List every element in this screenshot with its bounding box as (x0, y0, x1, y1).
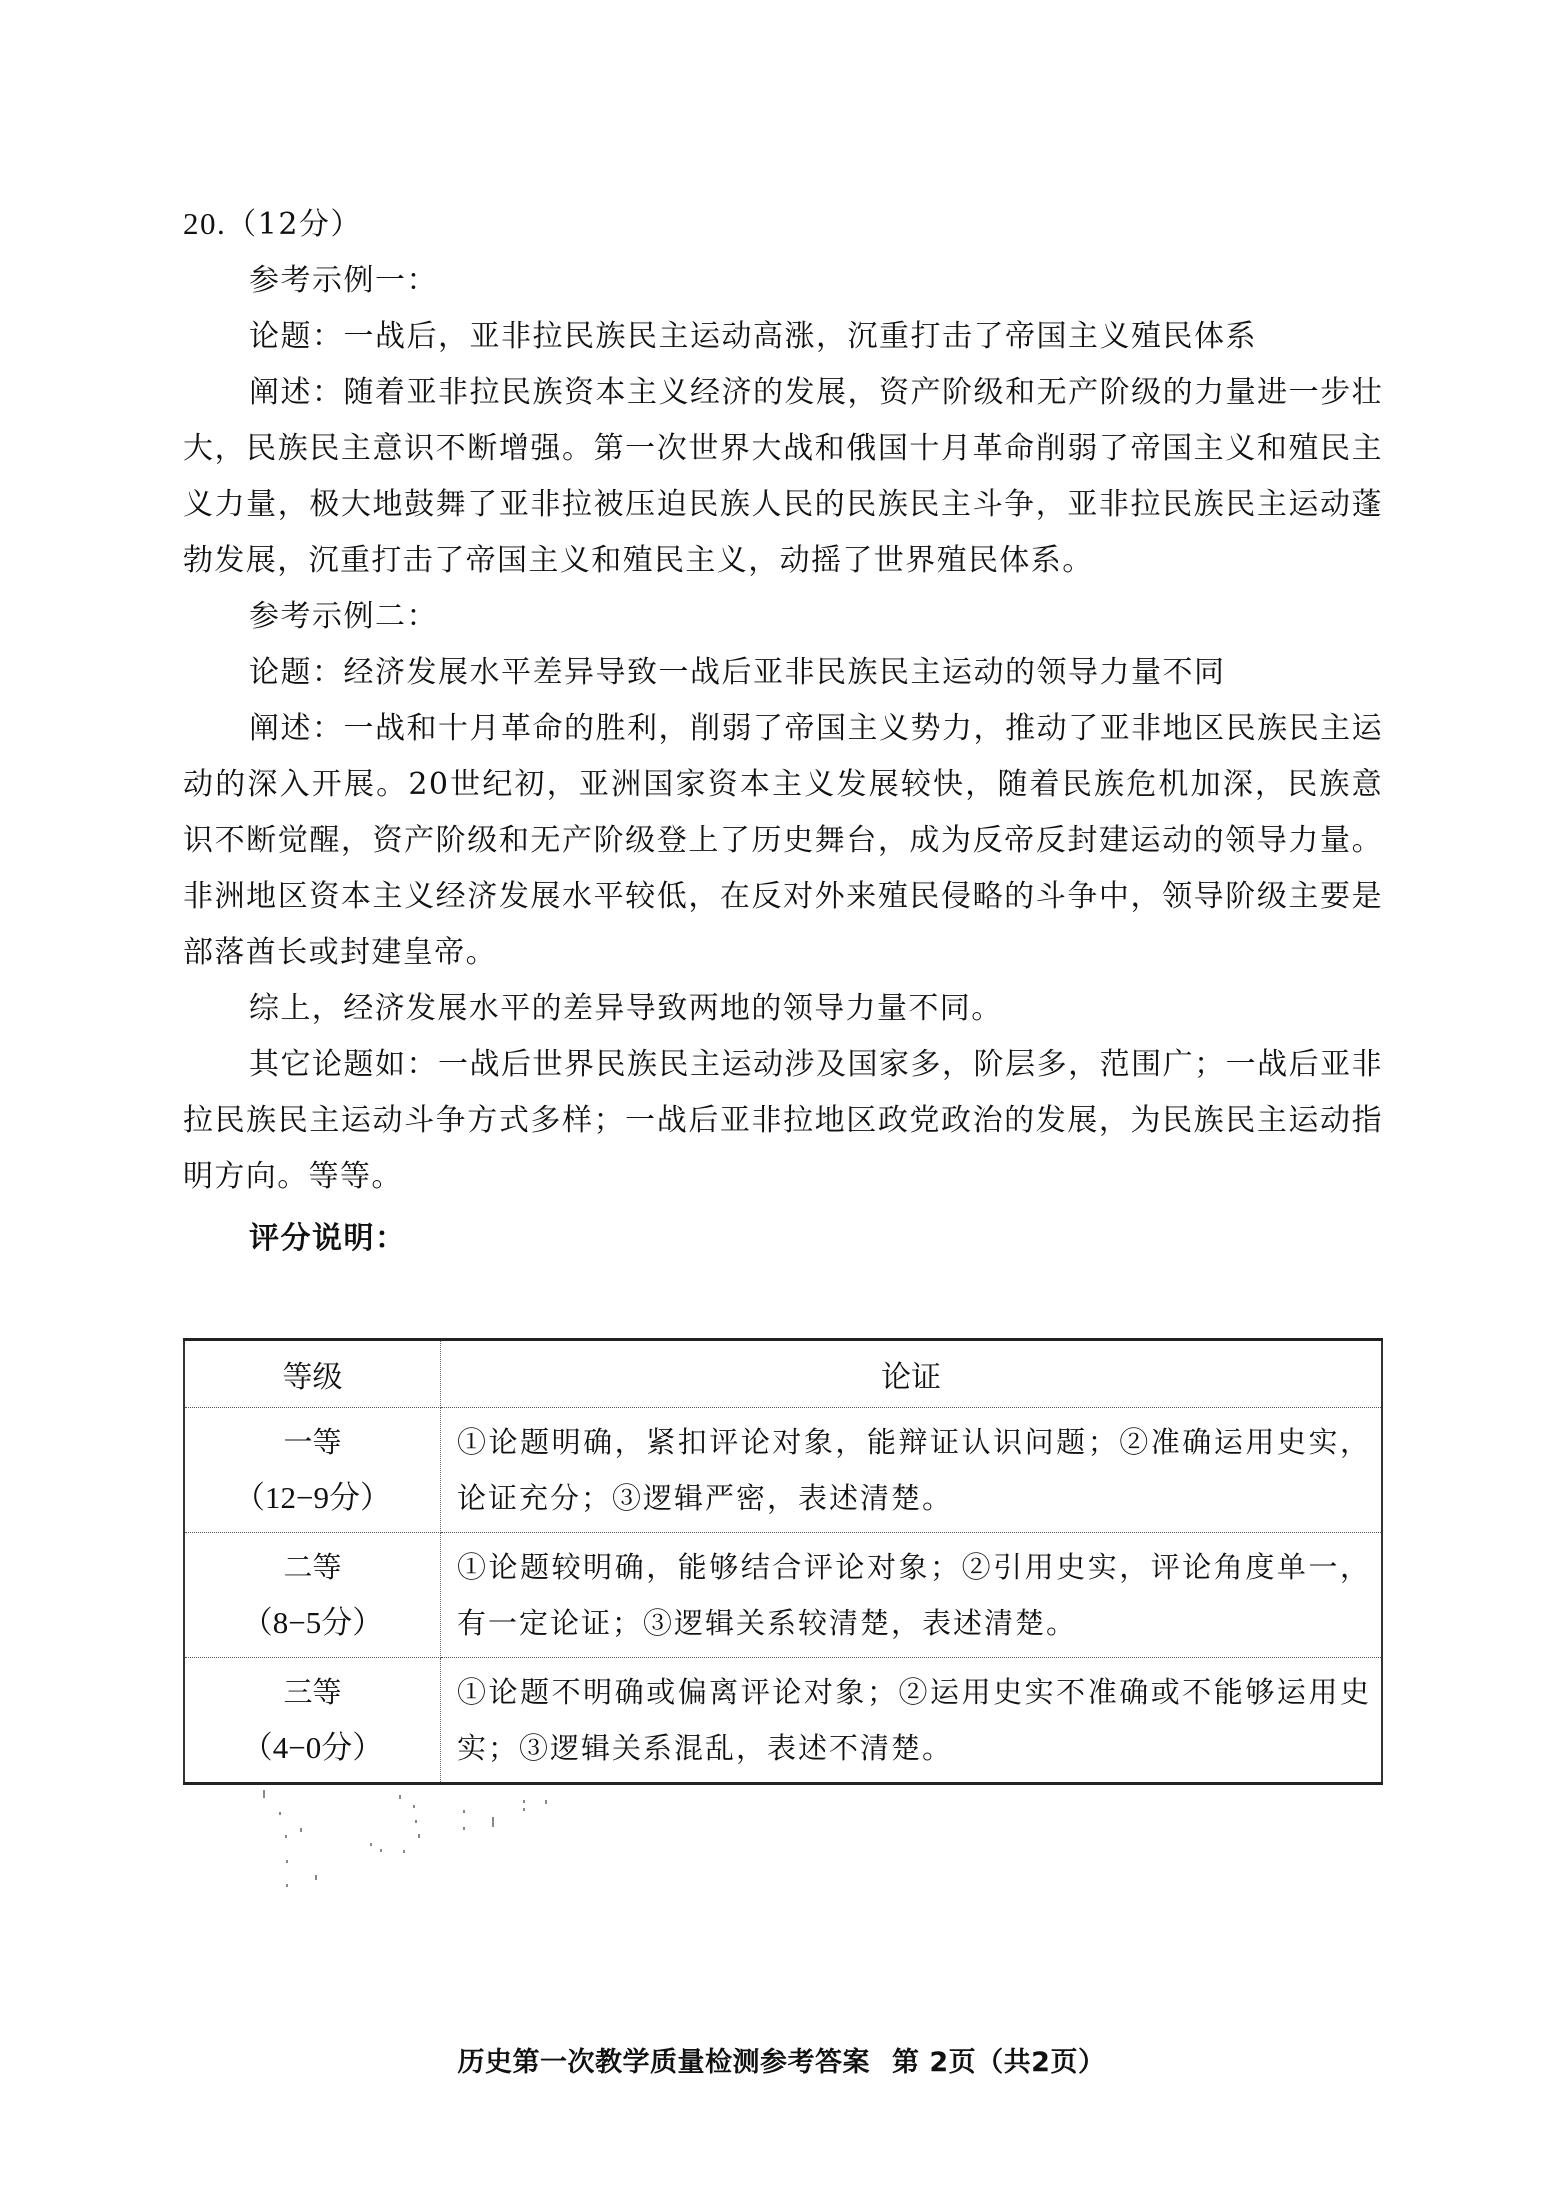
question-points: （12分） (226, 207, 362, 242)
table-row: 二等 （8−5分） ①论题较明确，能够结合评论对象；②引用史实，评论角度单一，有… (184, 1533, 1382, 1658)
table-row: 三等 （4−0分） ①论题不明确或偏离评论对象；②运用史实不准确或不能够运用史实… (184, 1658, 1382, 1784)
answer-key-page: 20.（12分） 参考示例一： 论题：一战后，亚非拉民族民主运动高涨，沉重打击了… (0, 0, 1563, 2211)
criteria-cell: ①论题明确，紧扣评论对象，能辩证认识问题；②准确运用史实，论证充分；③逻辑严密，… (441, 1408, 1383, 1533)
other-theses: 其它论题如：一战后世界民族民主运动涉及国家多，阶层多，范围广；一战后亚非拉民族民… (183, 1037, 1383, 1205)
grading-table-header: 等级 论证 (184, 1340, 1382, 1408)
table-row: 一等 （12−9分） ①论题明确，紧扣评论对象，能辩证认识问题；②准确运用史实，… (184, 1408, 1382, 1533)
example-one-elaboration: 阐述：随着亚非拉民族资本主义经济的发展，资产阶级和无产阶级的力量进一步壮大，民族… (183, 365, 1383, 589)
page-footer: 历史第一次教学质量检测参考答案第 2页（共2页） (0, 2040, 1563, 2079)
example-two-heading: 参考示例二： (183, 589, 1383, 645)
criteria-cell: ①论题较明确，能够结合评论对象；②引用史实，评论角度单一，有一定论证；③逻辑关系… (441, 1533, 1383, 1658)
level-range: （12−9分） (186, 1470, 439, 1526)
level-name: 二等 (186, 1539, 439, 1595)
header-criteria: 论证 (441, 1340, 1383, 1408)
header-level: 等级 (184, 1340, 441, 1408)
level-name: 一等 (186, 1414, 439, 1470)
level-cell: 三等 （4−0分） (184, 1658, 441, 1784)
level-cell: 二等 （8−5分） (184, 1533, 441, 1658)
example-one-heading: 参考示例一： (183, 253, 1383, 309)
level-range: （4−0分） (186, 1720, 439, 1776)
example-two-elaboration: 阐述：一战和十月革命的胜利，削弱了帝国主义势力，推动了亚非地区民族民主运动的深入… (183, 701, 1383, 981)
level-range: （8−5分） (186, 1595, 439, 1651)
grading-table: 等级 论证 一等 （12−9分） ①论题明确，紧扣评论对象，能辩证认识问题；②准… (183, 1338, 1383, 1785)
example-one-thesis: 论题：一战后，亚非拉民族民主运动高涨，沉重打击了帝国主义殖民体系 (183, 309, 1383, 365)
question-number: 20. (183, 206, 226, 241)
criteria-cell: ①论题不明确或偏离评论对象；②运用史实不准确或不能够运用史实；③逻辑关系混乱，表… (441, 1658, 1383, 1784)
level-cell: 一等 （12−9分） (184, 1408, 441, 1533)
question-header: 20.（12分） (183, 196, 1383, 253)
grading-title: 评分说明： (183, 1211, 1383, 1267)
footer-page-number: 第 2页（共2页） (892, 2047, 1105, 2078)
answer-content: 20.（12分） 参考示例一： 论题：一战后，亚非拉民族民主运动高涨，沉重打击了… (183, 196, 1383, 1267)
example-two-thesis: 论题：经济发展水平差异导致一战后亚非民族民主运动的领导力量不同 (183, 645, 1383, 701)
level-name: 三等 (186, 1664, 439, 1720)
footer-title: 历史第一次教学质量检测参考答案 (458, 2047, 871, 2078)
example-two-conclusion: 综上，经济发展水平的差异导致两地的领导力量不同。 (183, 981, 1383, 1037)
